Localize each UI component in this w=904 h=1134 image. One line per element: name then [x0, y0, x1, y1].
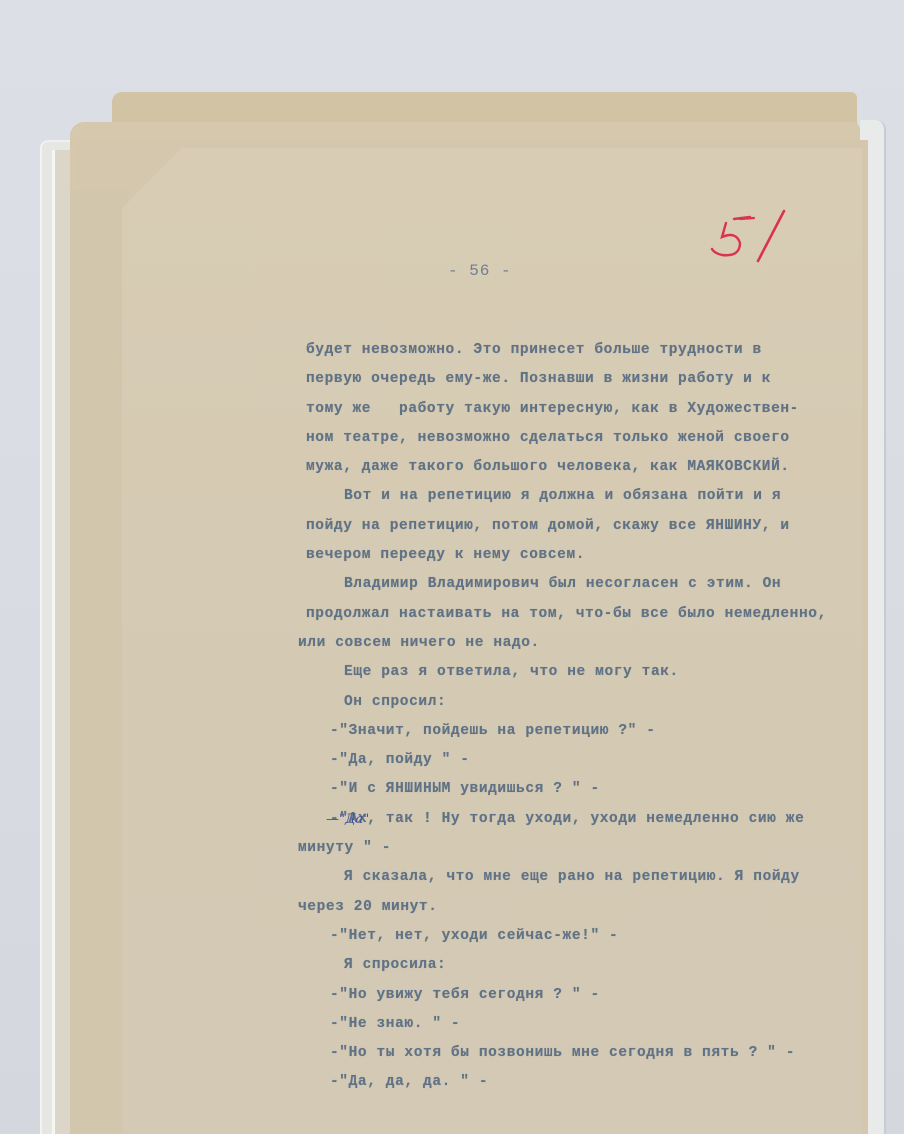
- text-line: мужа, даже такого большого человека, как…: [306, 453, 866, 482]
- text-line: Я сказала, что мне еще рано на репетицию…: [306, 863, 866, 892]
- dialogue-line: -"Ах, так ! Ну тогда уходи, уходи немедл…: [306, 805, 866, 834]
- text-line: Вот и на репетицию я должна и обязана по…: [306, 482, 866, 511]
- folio-number-handwritten: 51: [706, 205, 796, 265]
- dialogue-line: -"И с ЯНШИНЫМ увидишься ? " -: [306, 775, 866, 804]
- text-line: тому же работу такую интересную, как в Х…: [306, 395, 866, 424]
- typewritten-body: будет невозможно. Это принесет больше тр…: [306, 336, 866, 1098]
- folio-number-icon: [706, 205, 796, 265]
- dialogue-line: -"Не знаю. " -: [306, 1010, 866, 1039]
- text-line: вечером перееду к нему совсем.: [306, 541, 866, 570]
- dialogue-line: -"Но увижу тебя сегодня ? " -: [306, 981, 866, 1010]
- text-line: или совсем ничего не надо.: [298, 629, 866, 658]
- text-line: первую очередь ему-же. Познавши в жизни …: [306, 365, 866, 394]
- text-line: Я спросила:: [306, 951, 866, 980]
- text-line: продолжал настаивать на том, что-бы все …: [306, 600, 866, 629]
- text-line: минуту " -: [298, 834, 866, 863]
- page-number: - 56 -: [448, 262, 512, 280]
- text-line: через 20 минут.: [298, 893, 866, 922]
- text-line: ном театре, невозможно сделаться только …: [306, 424, 866, 453]
- dialogue-line: -"Значит, пойдешь на репетицию ?" -: [306, 717, 866, 746]
- text-line: Он спросил:: [306, 688, 866, 717]
- text-line: пойду на репетицию, потом домой, скажу в…: [306, 512, 866, 541]
- dialogue-line: -"Да, да, да. " -: [306, 1068, 866, 1097]
- dialogue-line: -"Да, пойду " -: [306, 746, 866, 775]
- text-line: Владимир Владимирович был несогласен с э…: [306, 570, 866, 599]
- dialogue-line: -"Нет, нет, уходи сейчас-же!" -: [306, 922, 866, 951]
- dialogue-line: -"Но ты хотя бы позвонишь мне сегодня в …: [306, 1039, 866, 1068]
- text-line: будет невозможно. Это принесет больше тр…: [306, 336, 866, 365]
- handwritten-insertion: —"Да": [326, 812, 369, 827]
- main-sheet-left-strip: [70, 190, 130, 1134]
- text-line: Еще раз я ответила, что не могу так.: [306, 658, 866, 687]
